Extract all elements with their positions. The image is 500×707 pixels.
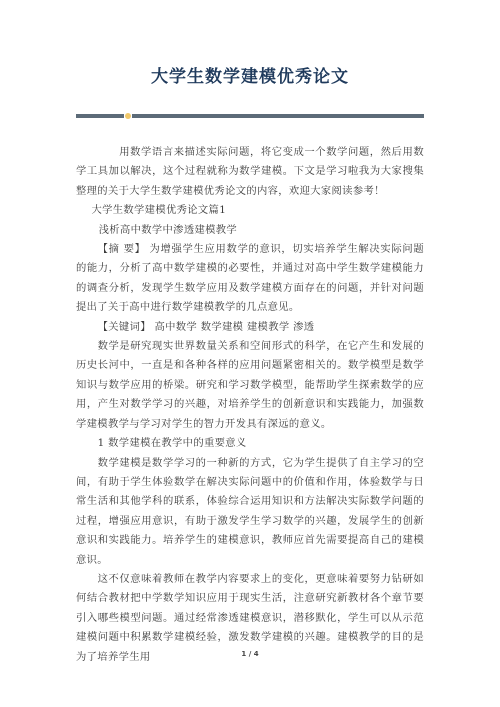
divider-ornament-icon — [124, 112, 132, 120]
body-paragraph-1: 数学是研究现实世界数量关系和空间形式的科学，在它产生和发展的历史长河中，一直是和… — [76, 337, 424, 434]
title-divider — [76, 114, 424, 118]
section-label: 大学生数学建模优秀论文篇1 — [76, 201, 424, 220]
page-indicator: 1 / 4 — [0, 650, 500, 658]
paper-title: 浅析高中数学中渗透建模教学 — [76, 221, 424, 240]
section-heading-1: 1 数学建模在教学中的重要意义 — [76, 434, 424, 453]
abstract-paragraph: 【摘 要】 为增强学生应用数学的意识，切实培养学生解决实际问题的能力，分析了高中… — [76, 240, 424, 318]
document-title: 大学生数学建模优秀论文 — [0, 62, 500, 87]
keywords-line: 【关键词】 高中数学 数学建模 建模教学 渗透 — [76, 318, 424, 337]
intro-paragraph: 用数学语言来描述实际问题，将它变成一个数学问题，然后用数学工具加以解决，这个过程… — [76, 143, 424, 201]
body-paragraph-2: 数学建模是数学学习的一种新的方式，它为学生提供了自主学习的空间，有助于学生体验数… — [76, 454, 424, 570]
document-body: 用数学语言来描述实际问题，将它变成一个数学问题，然后用数学工具加以解决，这个过程… — [76, 143, 424, 667]
